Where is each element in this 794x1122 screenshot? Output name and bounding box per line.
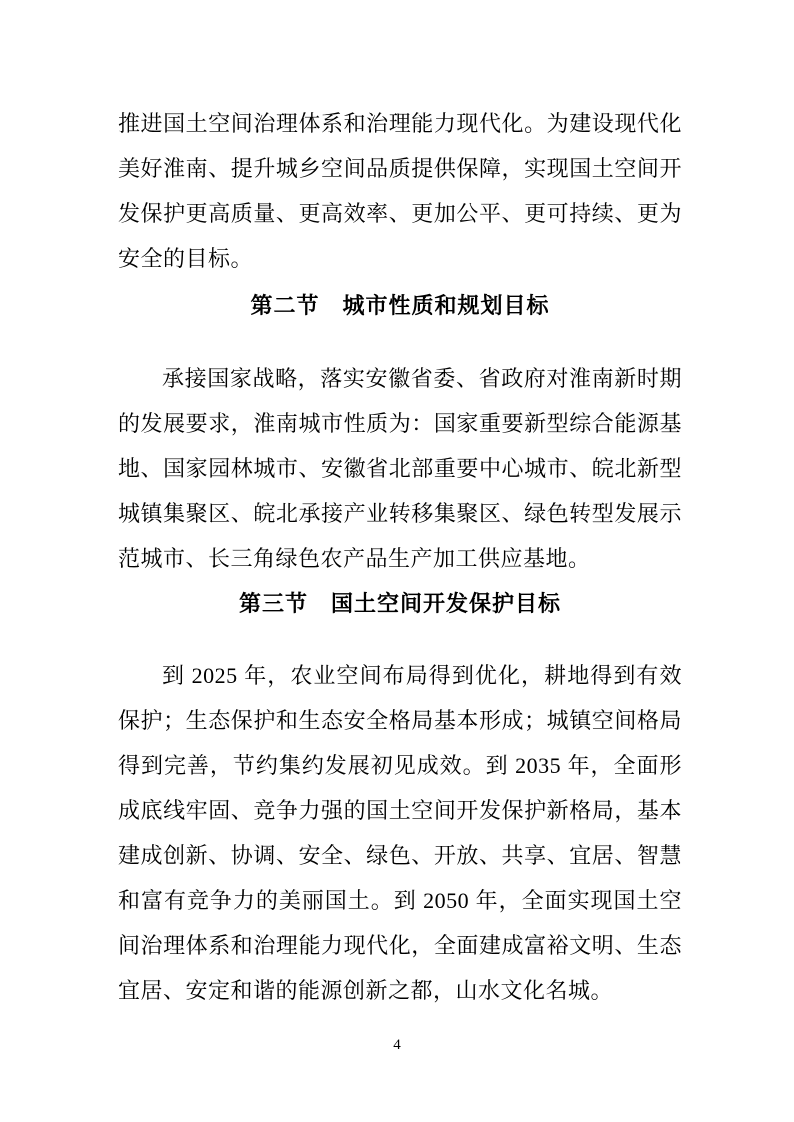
section-heading-3: 第三节 国土空间开发保护目标 [118, 581, 682, 626]
page-number: 4 [0, 1036, 794, 1054]
paragraph-city-nature: 承接国家战略，落实安徽省委、省政府对淮南新时期的发展要求，淮南城市性质为：国家重… [118, 356, 682, 581]
section-heading-2: 第二节 城市性质和规划目标 [118, 283, 682, 328]
paragraph-continuation: 推进国土空间治理体系和治理能力现代化。为建设现代化美好淮南、提升城乡空间品质提供… [118, 101, 682, 281]
text-column: 推进国土空间治理体系和治理能力现代化。为建设现代化美好淮南、提升城乡空间品质提供… [118, 101, 682, 1013]
document-page: 推进国土空间治理体系和治理能力现代化。为建设现代化美好淮南、提升城乡空间品质提供… [0, 0, 794, 1122]
paragraph-protection-goals: 到 2025 年，农业空间布局得到优化，耕地得到有效保护；生态保护和生态安全格局… [118, 653, 682, 1013]
